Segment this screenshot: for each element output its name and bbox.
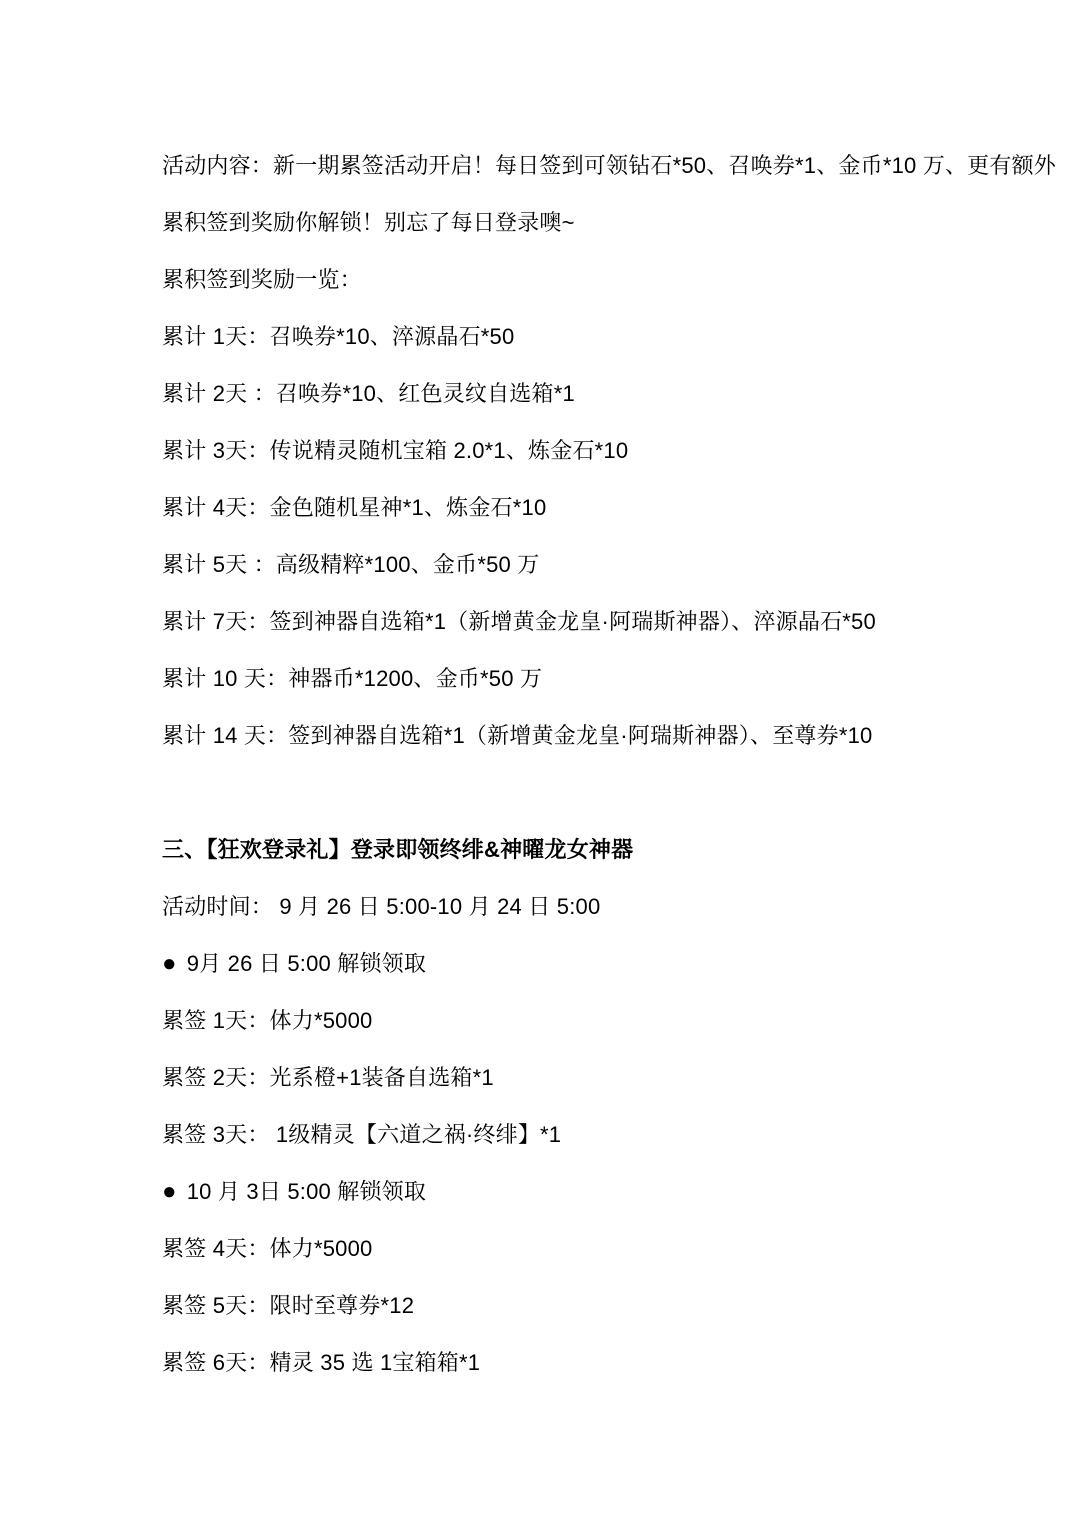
cumulative-reward-day-2: 累计 2天 ：召唤券*10、红色灵纹自选箱*1 xyxy=(162,365,960,422)
cumulative-reward-day-4: 累计 4天：金色随机星神*1、炼金石*10 xyxy=(162,479,960,536)
cumulative-reward-day-3: 累计 3天：传说精灵随机宝箱 2.0*1、炼金石*10 xyxy=(162,422,960,479)
cumulative-reward-day-5: 累计 5天 ：高级精粹*100、金币*50 万 xyxy=(162,536,960,593)
signin-reward-day-1: 累签 1天：体力*5000 xyxy=(162,992,960,1049)
document-page: 活动内容：新一期累签活动开启！每日签到可领钻石*50、召唤券*1、金币*10 万… xyxy=(0,0,1080,1527)
unlock-date-text-2: 10 月 3日 5:00 解锁领取 xyxy=(187,1179,426,1204)
signin-reward-day-5: 累签 5天：限时至尊券*12 xyxy=(162,1277,960,1334)
signin-reward-day-4: 累签 4天：体力*5000 xyxy=(162,1220,960,1277)
signin-reward-day-2: 累签 2天：光系橙+1装备自选箱*1 xyxy=(162,1049,960,1106)
unlock-date-line-2: ●10 月 3日 5:00 解锁领取 xyxy=(162,1163,960,1220)
activity-content-line-2: 累积签到奖励你解锁！别忘了每日登录噢~ xyxy=(162,194,960,251)
section3-heading: 三、【狂欢登录礼】登录即领终绯&神曜龙女神器 xyxy=(162,821,960,878)
cumulative-reward-day-14: 累计 14 天：签到神器自选箱*1（新增黄金龙皇·阿瑞斯神器）、至尊券*10 xyxy=(162,707,960,764)
activity-content-line-1: 活动内容：新一期累签活动开启！每日签到可领钻石*50、召唤券*1、金币*10 万… xyxy=(162,137,960,194)
rewards-overview-title: 累积签到奖励一览： xyxy=(162,251,960,308)
cumulative-reward-day-10: 累计 10 天：神器币*1200、金币*50 万 xyxy=(162,650,960,707)
cumulative-reward-day-1: 累计 1天：召唤券*10、淬源晶石*50 xyxy=(162,308,960,365)
unlock-date-text-1: 9月 26 日 5:00 解锁领取 xyxy=(187,951,426,976)
signin-reward-day-6: 累签 6天：精灵 35 选 1宝箱箱*1 xyxy=(162,1334,960,1391)
bullet-icon: ● xyxy=(162,935,177,992)
cumulative-reward-day-7: 累计 7天：签到神器自选箱*1（新增黄金龙皇·阿瑞斯神器）、淬源晶石*50 xyxy=(162,593,960,650)
section3-activity-time: 活动时间： 9 月 26 日 5:00-10 月 24 日 5:00 xyxy=(162,878,960,935)
bullet-icon: ● xyxy=(162,1163,177,1220)
unlock-date-line-1: ●9月 26 日 5:00 解锁领取 xyxy=(162,935,960,992)
signin-reward-day-3: 累签 3天： 1级精灵【六道之祸·终绯】*1 xyxy=(162,1106,960,1163)
